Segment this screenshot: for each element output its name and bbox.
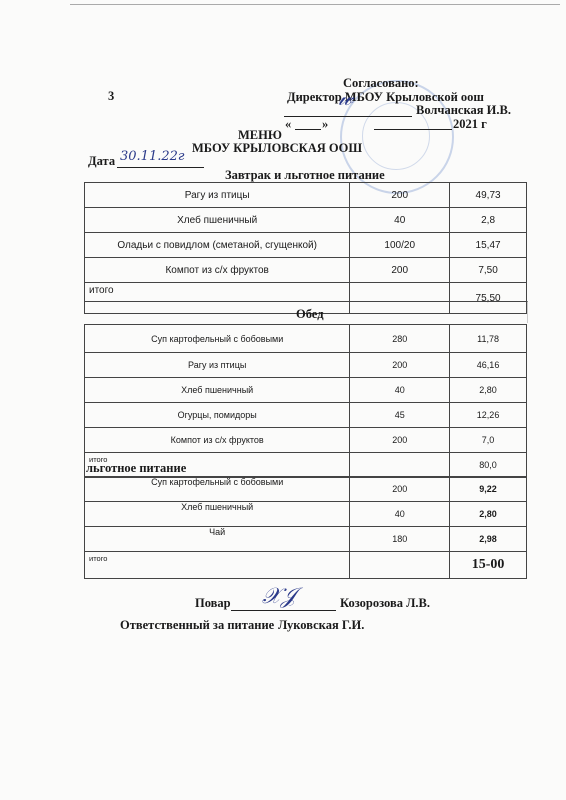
breakfast-table: Рагу из птицы 200 49,73 Хлеб пшеничный 4…	[84, 182, 527, 314]
school-name: МБОУ КРЫЛОВСКАЯ ООШ	[192, 141, 362, 156]
table-row: Чай 180 2,98	[85, 527, 527, 552]
cook-signature: 𝒳𝒥	[262, 584, 296, 609]
table-row: Суп картофельный с бобовыми 200 9,22	[85, 477, 527, 502]
dish-name: Компот из с/х фруктов	[85, 258, 350, 283]
table-row: Суп картофельный с бобовыми 280 11,78	[85, 325, 527, 353]
subsidized-table: Суп картофельный с бобовыми 200 9,22 Хле…	[84, 476, 527, 579]
dish-qty: 200	[350, 477, 450, 502]
table-row: Компот из с/х фруктов 200 7,0	[85, 428, 527, 453]
director-signature: 𝓌	[338, 86, 353, 111]
date-label: Дата	[88, 154, 115, 169]
dish-qty: 40	[350, 208, 450, 233]
dish-qty: 200	[350, 428, 450, 453]
dish-price: 7,0	[450, 428, 527, 453]
responsible-label: Ответственный за питание	[120, 618, 274, 633]
dish-price: 12,26	[450, 403, 527, 428]
dish-price: 15,47	[450, 233, 527, 258]
dish-name: Рагу из птицы	[85, 353, 350, 378]
dish-qty: 200	[350, 353, 450, 378]
approval-name: Волчанская И.В.	[416, 103, 511, 118]
dish-price: 2,98	[450, 527, 527, 552]
dish-price: 9,22	[450, 477, 527, 502]
dish-name: Хлеб пшеничный	[85, 378, 350, 403]
table-row: Хлеб пшеничный 40 2,80	[85, 378, 527, 403]
dish-qty: 180	[350, 527, 450, 552]
dish-qty: 45	[350, 403, 450, 428]
date-quote-open: «	[285, 117, 291, 132]
cook-name: Козорозова Л.В.	[340, 596, 430, 611]
dish-name: Суп картофельный с бобовыми	[85, 325, 350, 353]
dish-name: Рагу из птицы	[85, 183, 350, 208]
dish-qty: 280	[350, 325, 450, 353]
dish-qty: 40	[350, 378, 450, 403]
dish-price: 2,80	[450, 502, 527, 527]
date-value: 30.11.22г	[120, 149, 184, 164]
total-value: 15-00	[450, 552, 527, 579]
total-row: итого 15-00	[85, 552, 527, 579]
dish-name: Хлеб пшеничный	[85, 502, 350, 527]
responsible-name: Луковская Г.И.	[278, 618, 364, 633]
dish-price: 2,80	[450, 378, 527, 403]
dish-name: Суп картофельный с бобовыми	[85, 477, 350, 502]
approval-year: 2021 г	[453, 117, 487, 132]
dish-name: Чай	[85, 527, 350, 552]
dish-price: 2,8	[450, 208, 527, 233]
approval-day-line	[295, 117, 321, 130]
table-row: Огурцы, помидоры 45 12,26	[85, 403, 527, 428]
dish-price: 7,50	[450, 258, 527, 283]
scan-edge-line	[70, 4, 560, 5]
table-row: Оладьи с повидлом (сметаной, сгущенкой) …	[85, 233, 527, 258]
dish-qty: 200	[350, 183, 450, 208]
dish-qty: 40	[350, 502, 450, 527]
dish-price: 46,16	[450, 353, 527, 378]
approval-title: Согласовано:	[343, 76, 419, 91]
subsidized-title: льготное питание	[86, 461, 186, 476]
dish-name: Оладьи с повидлом (сметаной, сгущенкой)	[85, 233, 350, 258]
dish-name: Компот из с/х фруктов	[85, 428, 350, 453]
dish-price: 49,73	[450, 183, 527, 208]
date-quote-close: »	[322, 117, 328, 132]
dish-name: Хлеб пшеничный	[85, 208, 350, 233]
dish-qty: 200	[350, 258, 450, 283]
total-label: итого	[85, 552, 350, 579]
lunch-title-box	[84, 301, 528, 323]
table-row: Хлеб пшеничный 40 2,80	[85, 502, 527, 527]
total-value: 80,0	[450, 453, 527, 478]
breakfast-title: Завтрак и льготное питание	[225, 168, 385, 183]
table-row: Рагу из птицы 200 49,73	[85, 183, 527, 208]
table-row: Хлеб пшеничный 40 2,8	[85, 208, 527, 233]
total-qty-empty	[350, 552, 450, 579]
approval-month-line	[374, 117, 452, 130]
page-number: 3	[108, 89, 114, 104]
dish-name: Огурцы, помидоры	[85, 403, 350, 428]
dish-qty: 100/20	[350, 233, 450, 258]
total-qty-empty	[350, 453, 450, 478]
table-row: Компот из с/х фруктов 200 7,50	[85, 258, 527, 283]
dish-price: 11,78	[450, 325, 527, 353]
table-row: Рагу из птицы 200 46,16	[85, 353, 527, 378]
lunch-table: Суп картофельный с бобовыми 280 11,78 Ра…	[84, 324, 527, 478]
cook-label: Повар	[195, 596, 231, 611]
